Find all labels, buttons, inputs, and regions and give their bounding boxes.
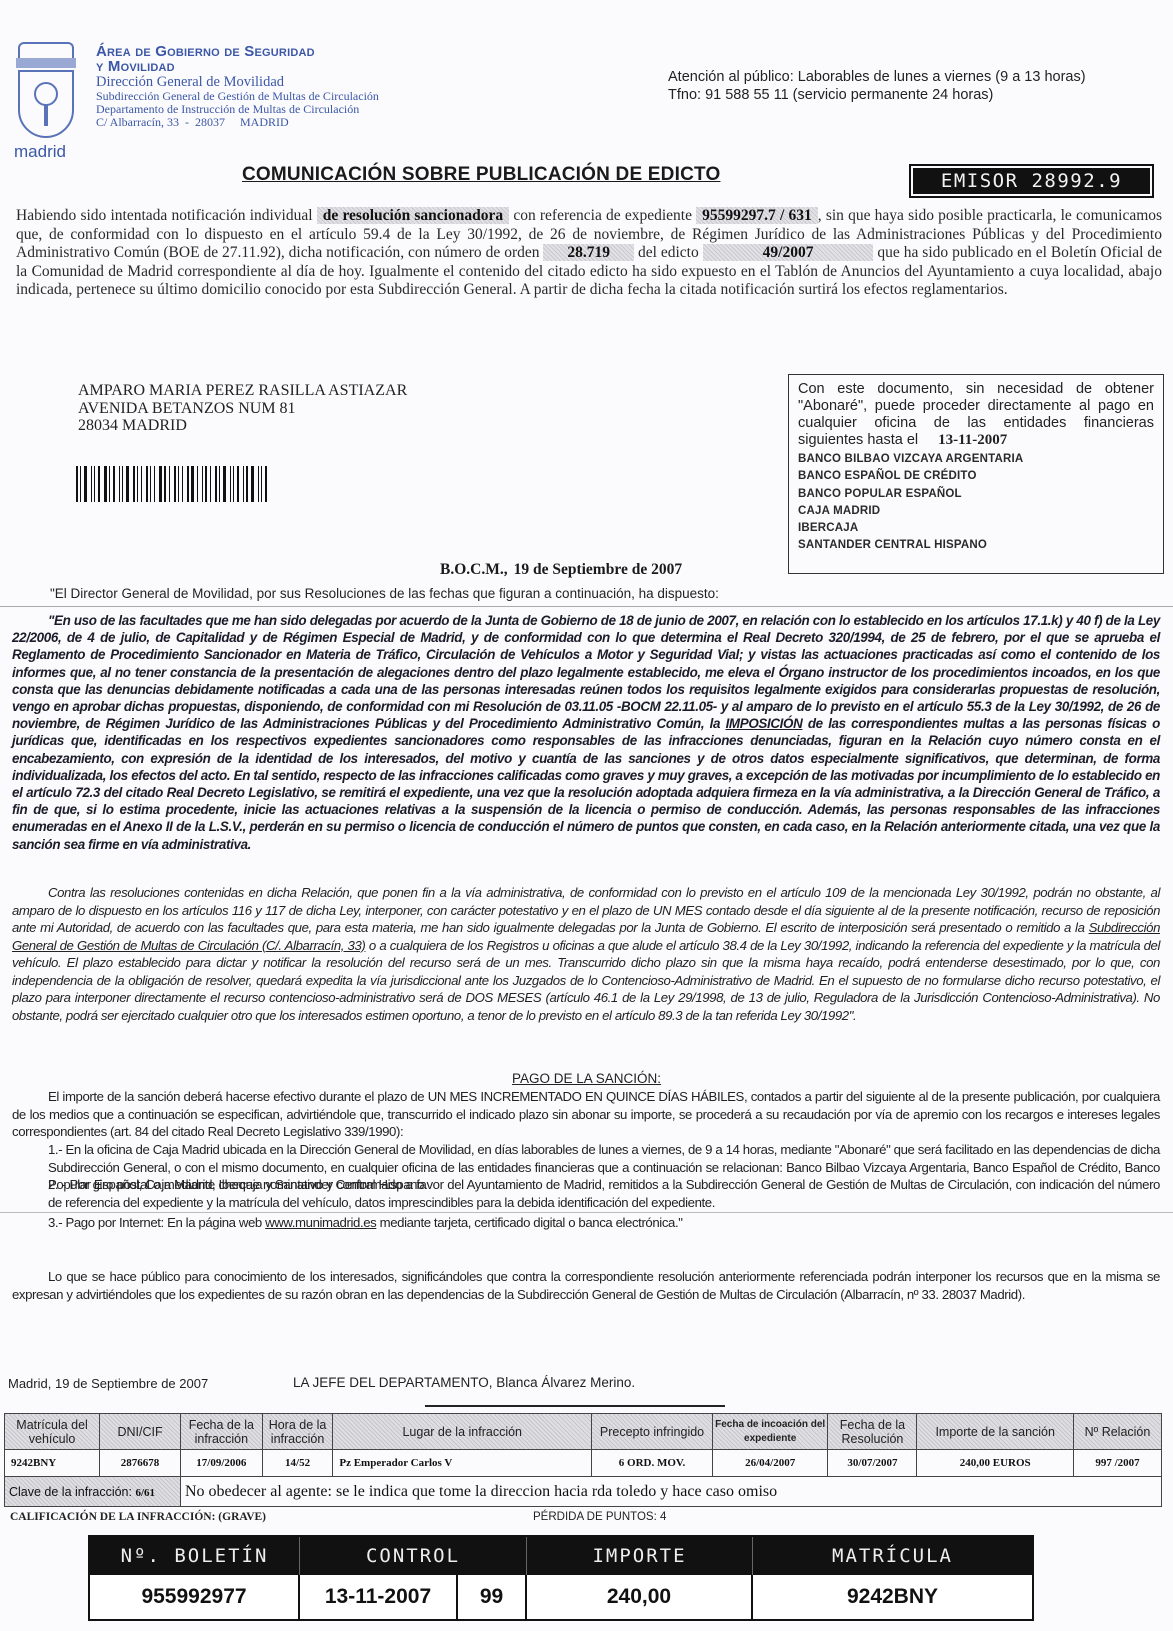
intro-paragraph: Habiendo sido intentada notificación ind…	[16, 207, 1162, 300]
expediente-ref: 95599297.7 / 631	[696, 207, 818, 224]
public-notice-paragraph: Lo que se hace público para conocimiento…	[12, 1268, 1160, 1303]
payment-option-3-text: 3.- Pago por Internet: En la página web	[48, 1215, 262, 1230]
payment-option-3-text: mediante tarjeta, certificado digital o …	[380, 1215, 683, 1230]
barcode	[76, 466, 308, 502]
recipient-address: AMPARO MARIA PEREZ RASILLA ASTIAZAR AVEN…	[78, 382, 407, 435]
divider	[0, 1212, 1173, 1213]
infraction-classification: CALIFICACIÓN DE LA INFRACCIÓN: (GRAVE)	[10, 1511, 266, 1523]
munimadrid-link[interactable]: www.munimadrid.es	[265, 1215, 376, 1230]
logo-text: madrid	[14, 142, 82, 162]
attention-info: Atención al público: Laborables de lunes…	[668, 68, 1086, 104]
page-title: COMUNICACIÓN SOBRE PUBLICACIÓN DE EDICTO	[242, 164, 720, 186]
clave-value: 6/61	[135, 1487, 155, 1499]
bocm-label: B.O.C.M.,	[440, 561, 508, 578]
bocm-date: B.O.C.M.,19 de Septiembre de 2007	[440, 561, 682, 579]
emisor-badge: EMISOR 28992.9	[909, 164, 1154, 198]
header-matricula: MATRÍCULA	[753, 1537, 1032, 1575]
resolution-paragraph: "En uso de las facultades que me han sid…	[12, 612, 1160, 853]
column-header: Fecha de incoación del expediente	[712, 1414, 828, 1450]
phone: Tfno: 91 588 55 11 (servicio permanente …	[668, 86, 1086, 104]
coat-of-arms-icon	[14, 42, 78, 140]
appeal-paragraph: Contra las resoluciones contenidas en di…	[12, 884, 1160, 1024]
recipient-street: AVENIDA BETANZOS NUM 81	[78, 400, 407, 418]
bank-item: SANTANDER CENTRAL HISPANO	[798, 537, 1154, 554]
boletin-number: 955992977	[90, 1575, 300, 1619]
divider	[0, 606, 1173, 607]
payment-info-text: Con este documento, sin necesidad de obt…	[798, 381, 1154, 449]
bank-list: BANCO BILBAO VIZCAYA ARGENTARIABANCO ESP…	[798, 451, 1154, 555]
table-cell: 6 ORD. MOV.	[592, 1450, 713, 1477]
signature-name: LA JEFE DEL DEPARTAMENTO, Blanca Álvarez…	[293, 1375, 635, 1390]
payment-option-2: 2. - Por giro postal o mediante cheque n…	[48, 1176, 1160, 1211]
resolution-text: de las correspondientes multas a las per…	[12, 716, 1160, 851]
signature-date: Madrid, 19 de Septiembre de 2007	[8, 1376, 208, 1391]
table-cell: 14/52	[262, 1450, 333, 1477]
intro-text: del edicto	[638, 244, 699, 261]
table-cell: 240,00 EUROS	[917, 1450, 1074, 1477]
header-control: CONTROL	[300, 1537, 527, 1575]
bocm-publication-date: 19 de Septiembre de 2007	[514, 561, 682, 578]
plate-number: 9242BNY	[753, 1575, 1032, 1619]
bank-item: IBERCAJA	[798, 520, 1154, 537]
column-header: Fecha de la infracción	[180, 1414, 262, 1450]
direccion-general: Dirección General de Movilidad	[96, 75, 379, 90]
recipient-name: AMPARO MARIA PEREZ RASILLA ASTIAZAR	[78, 382, 407, 400]
director-intro: "El Director General de Movilidad, por s…	[50, 586, 719, 601]
column-header: DNI/CIF	[100, 1414, 181, 1450]
recipient-city: 28034 MADRID	[78, 417, 407, 435]
table-cell: 17/09/2006	[180, 1450, 262, 1477]
table-cell: Pz Emperador Carlos V	[333, 1450, 592, 1477]
bank-item: CAJA MADRID	[798, 503, 1154, 520]
table-cell: 26/04/2007	[712, 1450, 828, 1477]
department-block: Área de Gobierno de Seguridad y Movilida…	[96, 44, 379, 129]
infraction-description: No obedecer al agente: se le indica que …	[180, 1477, 1161, 1507]
column-header: Nº Relación	[1073, 1414, 1161, 1450]
table-cell: 997 /2007	[1073, 1450, 1161, 1477]
payment-paragraph: El importe de la sanción deberá hacerse …	[12, 1088, 1160, 1141]
table-row: 9242BNY287667817/09/200614/52Pz Emperado…	[5, 1450, 1162, 1477]
appeal-text: Contra las resoluciones contenidas en di…	[12, 885, 1160, 935]
postal-address: C/ Albarracín, 33 - 28037 MADRID	[96, 116, 379, 129]
payment-strip-header: Nº. BOLETÍN CONTROL IMPORTE MATRÍCULA	[90, 1537, 1032, 1575]
column-header: Importe de la sanción	[917, 1414, 1074, 1450]
header-boletin: Nº. BOLETÍN	[90, 1537, 300, 1575]
numero-orden: 28.719	[543, 244, 634, 261]
column-header: Matrícula del vehículo	[5, 1414, 100, 1450]
bank-item: BANCO BILBAO VIZCAYA ARGENTARIA	[798, 451, 1154, 468]
column-header: Hora de la infracción	[262, 1414, 333, 1450]
intro-text: con referencia de expediente	[513, 207, 692, 224]
payment-info-box: Con este documento, sin necesidad de obt…	[788, 374, 1164, 574]
bank-item: BANCO ESPAÑOL DE CRÉDITO	[798, 468, 1154, 485]
points-lost: PÉRDIDA DE PUNTOS: 4	[533, 1511, 666, 1523]
header-importe: IMPORTE	[527, 1537, 753, 1575]
column-header: Lugar de la infracción	[333, 1414, 592, 1450]
payment-option-3: 3.- Pago por Internet: En la página web …	[48, 1214, 1160, 1232]
bank-item: BANCO POPULAR ESPAÑOL	[798, 486, 1154, 503]
clave-label-text: Clave de la infracción:	[9, 1485, 132, 1499]
edicto-number: 49/2007	[703, 244, 874, 261]
infraction-header-row: Matrícula del vehículoDNI/CIFFecha de la…	[5, 1414, 1162, 1450]
attention-hours: Atención al público: Laborables de lunes…	[668, 68, 1086, 86]
clave-label: Clave de la infracción: 6/61	[5, 1477, 181, 1507]
intro-text: Habiendo sido intentada notificación ind…	[16, 207, 313, 224]
madrid-logo: madrid	[14, 42, 82, 162]
table-cell: 2876678	[100, 1450, 181, 1477]
control-code: 99	[458, 1575, 527, 1619]
amount: 240,00	[527, 1575, 753, 1619]
resolution-type: de resolución sancionadora	[317, 207, 509, 224]
control-date: 13-11-2007	[300, 1575, 458, 1619]
emisor-code: EMISOR 28992.9	[913, 168, 1150, 194]
payment-strip: Nº. BOLETÍN CONTROL IMPORTE MATRÍCULA 95…	[88, 1535, 1034, 1621]
table-cell: 9242BNY	[5, 1450, 100, 1477]
imposicion-word: IMPOSICIÓN	[726, 716, 803, 731]
area-line1: Área de Gobierno de Seguridad	[96, 44, 379, 59]
resolution-text: "En uso de las facultades que me han sid…	[12, 613, 1160, 731]
area-line2: y Movilidad	[96, 59, 379, 74]
payment-section-title: PAGO DE LA SANCIÓN:	[0, 1071, 1173, 1086]
payment-deadline: 13-11-2007	[938, 432, 1007, 448]
column-header: Fecha de la Resolución	[828, 1414, 917, 1450]
payment-strip-values: 955992977 13-11-2007 99 240,00 9242BNY	[90, 1575, 1032, 1619]
signature-rule	[425, 1405, 725, 1407]
infraction-table: Matrícula del vehículoDNI/CIFFecha de la…	[4, 1413, 1162, 1507]
column-header: Precepto infringido	[592, 1414, 713, 1450]
infraction-key-row: Clave de la infracción: 6/61 No obedecer…	[5, 1477, 1162, 1507]
table-cell: 30/07/2007	[828, 1450, 917, 1477]
